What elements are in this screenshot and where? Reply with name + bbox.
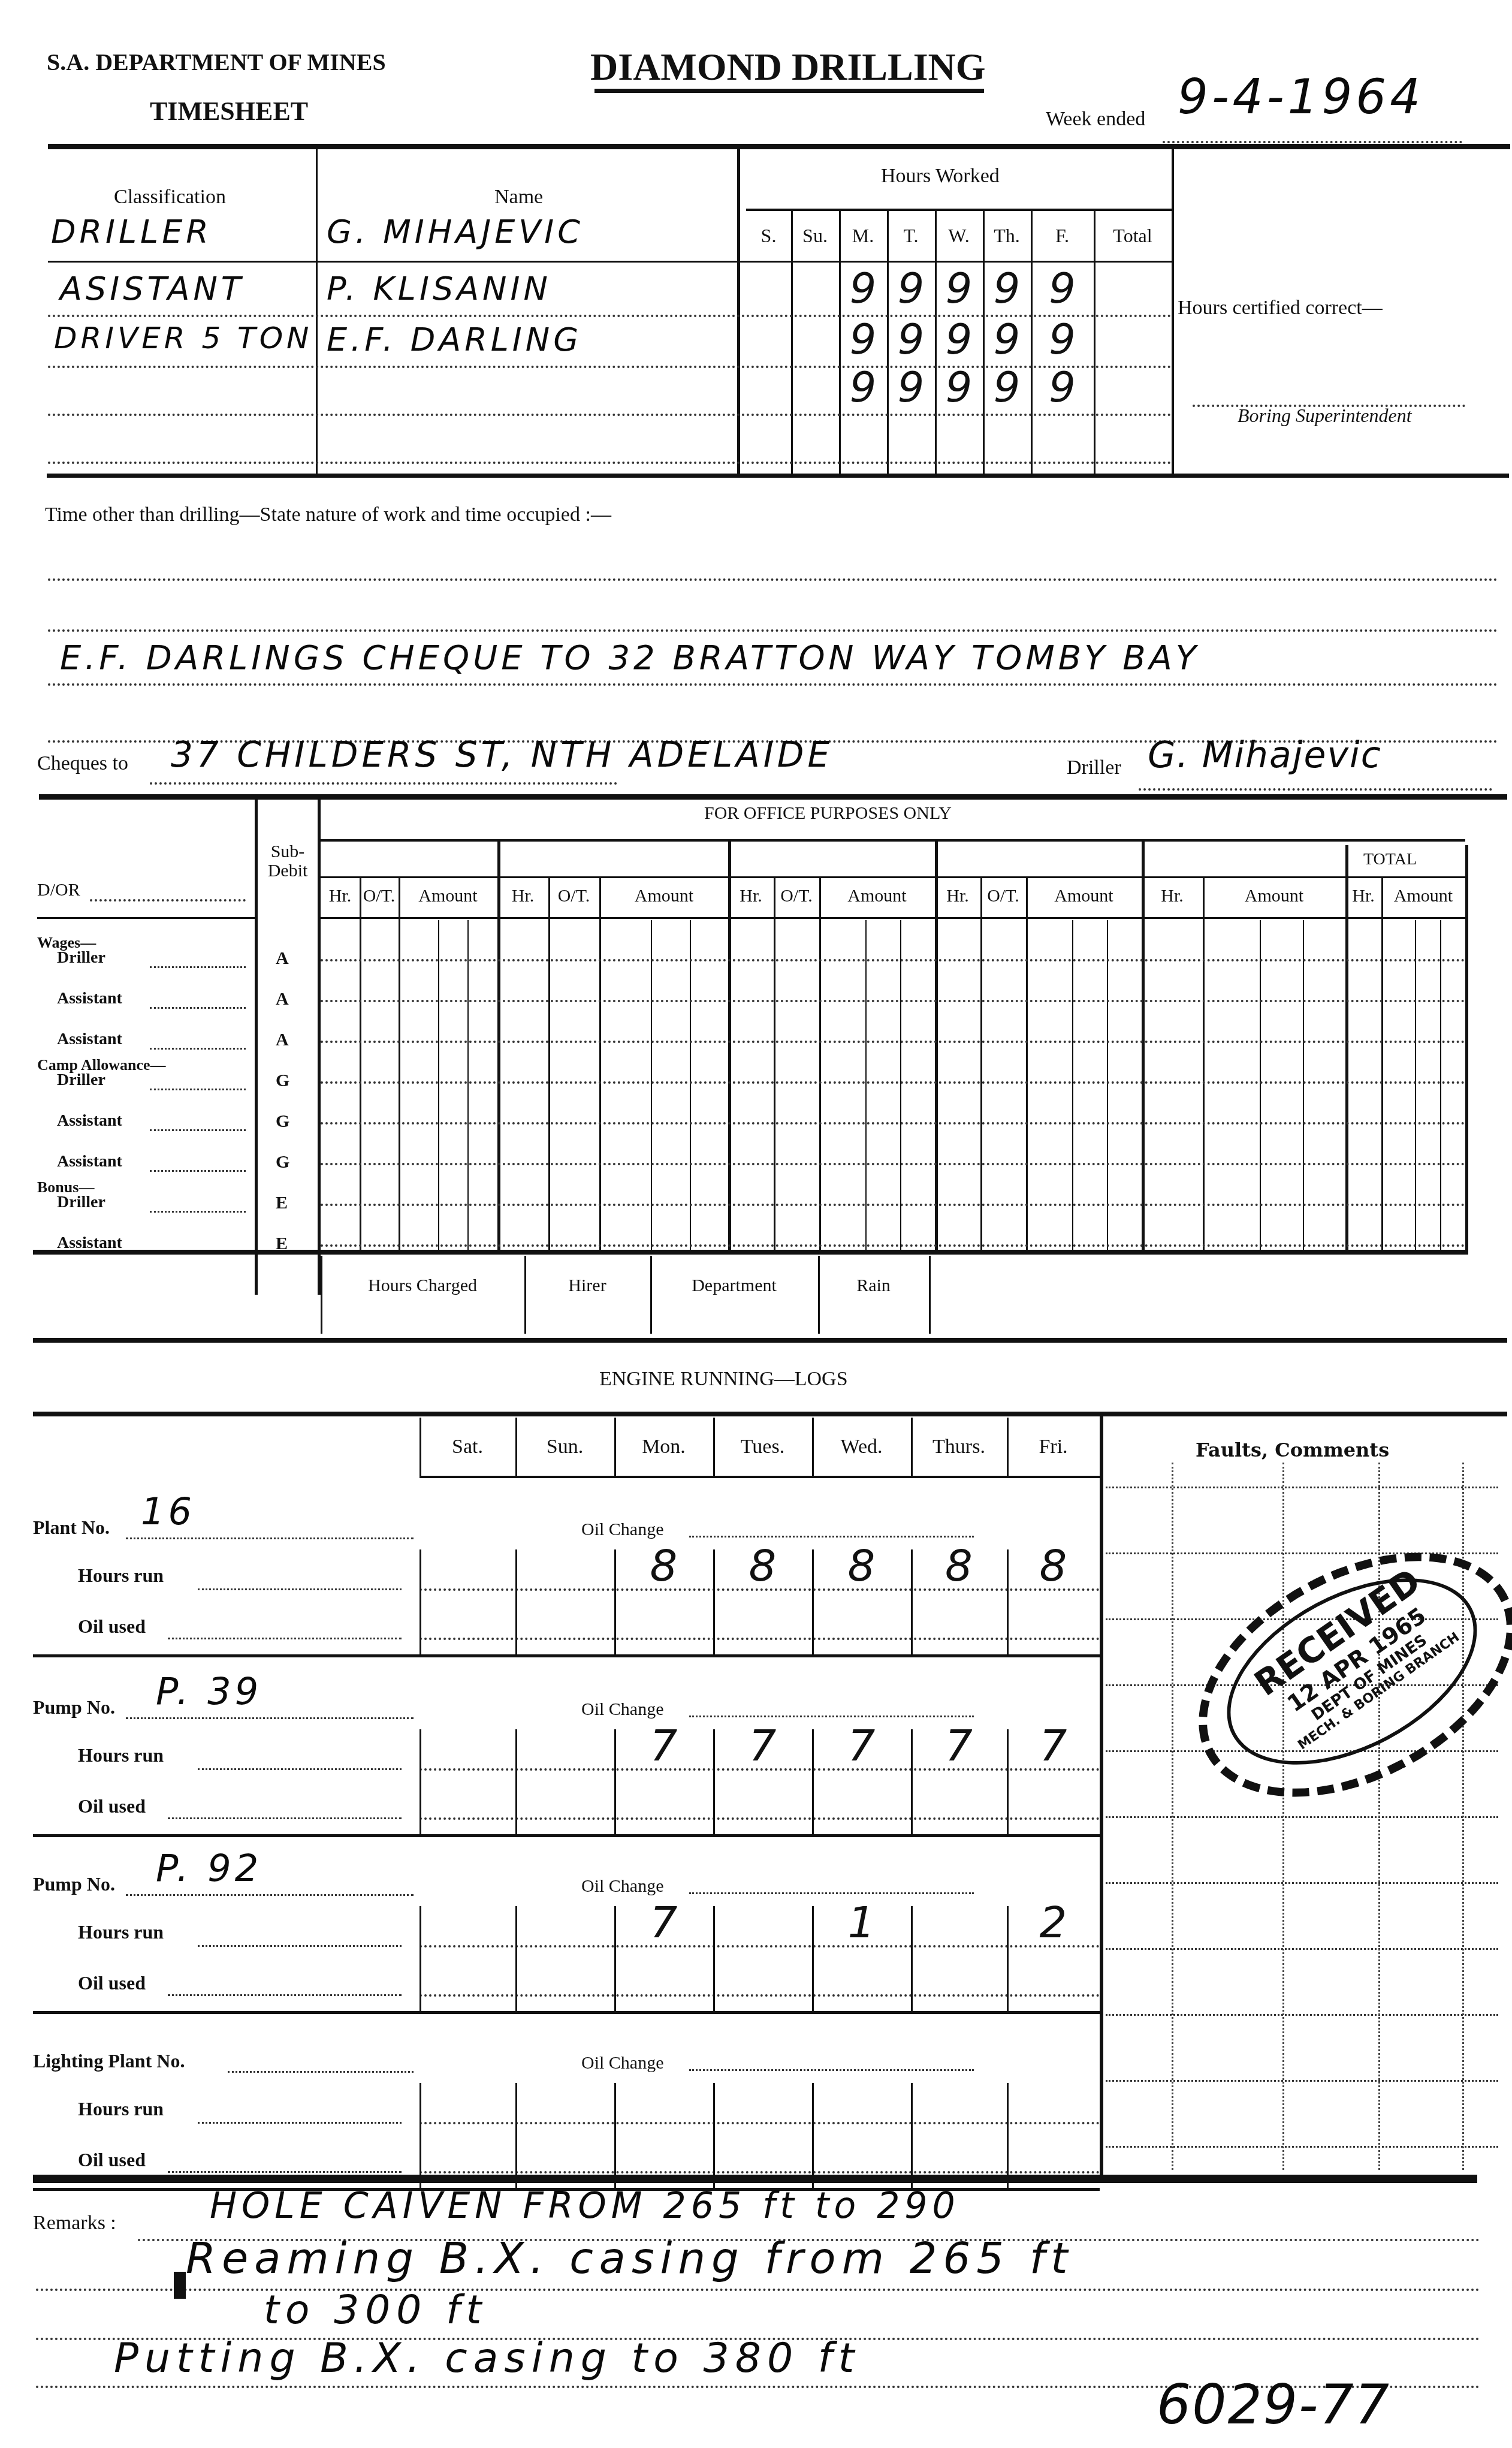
office-col-divider <box>980 878 982 1250</box>
remarks-top-rule <box>33 2175 1477 2183</box>
engine-day-header: Sat. <box>420 1436 515 1458</box>
office-subheader-rule <box>497 917 728 919</box>
office-group-rule <box>728 839 935 842</box>
office-subheader-rule <box>1142 876 1345 878</box>
header-rule <box>48 144 1510 149</box>
title-underline <box>594 89 984 93</box>
oil-used-label: Oil used <box>78 1615 146 1638</box>
office-col-divider <box>774 878 775 1250</box>
office-col-header: Hr. <box>1142 886 1203 906</box>
crew-classification-2[interactable]: ASISTANT <box>60 270 245 307</box>
office-col-header: O/T. <box>774 886 819 906</box>
day-header-1: Su. <box>791 225 839 247</box>
crew-hours-cell[interactable]: 9 <box>1031 363 1094 412</box>
timesheet-label: TIMESHEET <box>150 96 308 126</box>
week-ended-label: Week ended <box>1046 108 1145 131</box>
row-rule <box>48 261 1172 263</box>
office-subheader-rule <box>321 876 497 878</box>
office-col-divider <box>599 878 601 1250</box>
other-time-note[interactable]: E.F. DARLINGS CHEQUE TO 32 BRATTON WAY T… <box>60 638 1200 677</box>
hours-run-cell[interactable]: 8 <box>911 1540 1007 1591</box>
office-group-rule <box>1345 839 1465 842</box>
day-header-2: M. <box>839 225 887 247</box>
hours-run-cell[interactable]: 8 <box>1007 1540 1100 1591</box>
crew-divider <box>737 147 740 474</box>
crew-hours-cell[interactable]: 9 <box>887 264 935 313</box>
remarks-label: Remarks : <box>33 2212 116 2235</box>
cheques-to-label: Cheques to <box>37 752 128 775</box>
office-row-label: Assistant <box>57 1030 122 1049</box>
office-col-divider <box>360 878 361 1250</box>
hours-run-cell[interactable]: 7 <box>911 1720 1007 1771</box>
charged-col-label: Hours Charged <box>321 1276 524 1296</box>
office-col-header: Hr. <box>1345 886 1381 906</box>
office-subheader-rule <box>728 876 935 878</box>
office-row-label: Assistant <box>57 989 122 1008</box>
office-subheader-rule <box>935 876 1142 878</box>
engine-unit-number[interactable]: P. 92 <box>156 1846 262 1890</box>
office-col-divider <box>1203 878 1205 1250</box>
engine-unit-label: Pump No. <box>33 1873 115 1895</box>
crew-hours-cell[interactable]: 9 <box>935 315 983 364</box>
office-top-rule <box>39 794 1507 800</box>
hours-run-label: Hours run <box>78 1564 164 1587</box>
sub-debit-label: Sub-Debit <box>264 842 312 881</box>
office-row-label: Assistant <box>57 1111 122 1130</box>
crew-divider <box>1172 147 1174 474</box>
office-group-rule <box>935 839 1142 842</box>
crew-name-2[interactable]: P. KLISANIN <box>327 270 551 307</box>
oil-used-label: Oil used <box>78 1972 146 1994</box>
engine-day-header: Tues. <box>713 1436 812 1458</box>
office-row-code: E <box>276 1193 288 1213</box>
office-col-header: Amount <box>599 886 729 906</box>
hours-certified-label: Hours certified correct— <box>1178 297 1383 319</box>
office-group-rule <box>321 839 497 842</box>
office-col-header: O/T. <box>548 886 599 906</box>
engine-day-header: Thurs. <box>911 1436 1007 1458</box>
office-subheader-rule <box>935 917 1142 919</box>
crew-hours-cell[interactable]: 9 <box>983 264 1031 313</box>
hours-worked-header: Hours Worked <box>881 165 1000 188</box>
crew-hours-cell[interactable]: 9 <box>839 315 887 364</box>
crew-hours-cell[interactable]: 9 <box>1031 315 1094 364</box>
remark-line-1[interactable]: HOLE CAIVEN FROM 265 ft to 290 <box>210 2185 960 2227</box>
oil-change-label: Oil Change <box>581 1520 663 1540</box>
engine-top-rule <box>33 1338 1507 1343</box>
boring-superintendent-label: Boring Superintendent <box>1238 405 1412 427</box>
hours-run-cell[interactable]: 7 <box>812 1720 911 1771</box>
office-col-divider <box>1026 878 1028 1250</box>
engine-unit-label: Lighting Plant No. <box>33 2050 185 2072</box>
crew-hours-cell[interactable]: 9 <box>887 363 935 412</box>
office-col-header: Amount <box>1203 886 1345 906</box>
dor-label: D/OR <box>37 880 80 900</box>
oil-used-label: Oil used <box>78 1795 146 1817</box>
hours-run-label: Hours run <box>78 1744 164 1766</box>
crew-hours-cell[interactable]: 9 <box>935 264 983 313</box>
hours-run-label: Hours run <box>78 2098 164 2120</box>
office-total-label: TOTAL <box>1363 850 1417 869</box>
week-ended-line <box>1163 141 1462 143</box>
office-subheader-rule <box>1345 876 1465 878</box>
office-subheader-rule <box>728 917 935 919</box>
office-col-header: Amount <box>819 886 935 906</box>
crew-classification-3[interactable]: DRIVER 5 TON <box>54 321 312 355</box>
classification-header: Classification <box>114 186 226 209</box>
office-row-label: Driller <box>57 948 105 967</box>
office-col-header: Amount <box>1026 886 1142 906</box>
office-row-code: G <box>276 1152 289 1172</box>
day-header-0: S. <box>746 225 791 247</box>
oil-change-label: Oil Change <box>581 1876 663 1897</box>
office-row-label: Assistant <box>57 1152 122 1171</box>
engine-day-header: Mon. <box>614 1436 713 1458</box>
office-row-code: A <box>276 1030 289 1050</box>
oil-used-label: Oil used <box>78 2149 146 2171</box>
crew-hours-cell[interactable]: 9 <box>935 363 983 412</box>
office-col-header: Hr. <box>497 886 548 906</box>
office-group-rule <box>497 839 728 842</box>
crew-name-1[interactable]: G. MIHAJEVIC <box>327 213 584 251</box>
office-row-code: G <box>276 1071 289 1091</box>
remark-line-2[interactable]: Reaming B.X. casing from 265 ft <box>186 2233 1074 2283</box>
crew-hours-cell[interactable]: 9 <box>1031 264 1094 313</box>
office-subheader-rule <box>497 876 728 878</box>
oil-change-label: Oil Change <box>581 1699 663 1720</box>
crew-hours-cell[interactable]: 9 <box>983 363 1031 412</box>
driller-signature[interactable]: G. Mihajevic <box>1148 734 1382 776</box>
office-col-divider <box>548 878 550 1250</box>
name-header: Name <box>494 186 543 209</box>
office-col-header: Hr. <box>321 886 360 906</box>
engine-unit-label: Pump No. <box>33 1696 115 1719</box>
office-col-divider <box>819 878 821 1250</box>
engine-unit-number[interactable]: 16 <box>141 1490 195 1533</box>
hours-run-cell[interactable]: 8 <box>614 1540 713 1591</box>
office-title: FOR OFFICE PURPOSES ONLY <box>704 803 952 824</box>
driller-label: Driller <box>1067 756 1121 779</box>
hours-run-cell[interactable]: 8 <box>812 1540 911 1591</box>
engine-day-header: Fri. <box>1007 1436 1100 1458</box>
office-bottom-rule <box>33 1250 1468 1255</box>
faults-comments-label: Faults, Comments <box>1196 1439 1389 1461</box>
engine-unit-number[interactable]: P. 39 <box>156 1669 262 1713</box>
hours-run-cell[interactable]: 7 <box>1007 1720 1100 1771</box>
day-header-7: Total <box>1094 225 1172 247</box>
day-header-5: Th. <box>983 225 1031 247</box>
crew-divider <box>316 147 318 474</box>
office-group-rule <box>1142 839 1345 842</box>
hours-run-label: Hours run <box>78 1921 164 1943</box>
remark-line-3[interactable]: to 300 ft <box>264 2287 487 2333</box>
office-col-header: Amount <box>399 886 497 906</box>
remark-line-4[interactable]: Putting B.X. casing to 380 ft <box>114 2335 860 2382</box>
office-row-code: G <box>276 1111 289 1132</box>
crew-hours-cell[interactable]: 9 <box>887 315 935 364</box>
office-col-divider <box>1381 878 1383 1250</box>
office-col-header: O/T. <box>360 886 399 906</box>
office-row-code: A <box>276 989 289 1009</box>
crew-hours-cell[interactable]: 9 <box>983 315 1031 364</box>
office-row-label: Driller <box>57 1193 105 1212</box>
day-header-4: W. <box>935 225 983 247</box>
office-row-code: A <box>276 948 289 969</box>
office-col-divider <box>399 878 400 1250</box>
office-row-label: Driller <box>57 1071 105 1090</box>
day-header-3: T. <box>887 225 935 247</box>
reference-number: 6029-77 <box>1157 2374 1390 2437</box>
crew-hours-cell[interactable]: 9 <box>839 363 887 412</box>
hours-run-cell[interactable]: 2 <box>1007 1897 1100 1947</box>
office-col-header: O/T. <box>980 886 1026 906</box>
crew-classification-1[interactable]: DRILLER <box>51 213 212 251</box>
remarks-marker-icon <box>174 2272 186 2299</box>
day-header-6: F. <box>1031 225 1094 247</box>
cheques-to-value[interactable]: 37 CHILDERS ST, NTH ADELAIDE <box>171 734 833 775</box>
office-subheader-rule <box>321 917 497 919</box>
days-header-rule <box>746 209 1172 211</box>
day-col-divider <box>1094 210 1095 474</box>
engine-day-header: Wed. <box>812 1436 911 1458</box>
hours-run-cell[interactable]: 7 <box>614 1897 713 1947</box>
hours-run-cell[interactable]: 1 <box>812 1897 911 1947</box>
oil-change-label: Oil Change <box>581 2053 663 2073</box>
office-col-header: Hr. <box>728 886 774 906</box>
office-subheader-rule <box>1345 917 1465 919</box>
charged-col-label: Department <box>650 1276 818 1296</box>
hours-run-cell[interactable]: 7 <box>713 1720 812 1771</box>
engine-logs-title: ENGINE RUNNING—LOGS <box>599 1368 848 1391</box>
engine-day-header: Sun. <box>515 1436 614 1458</box>
crew-hours-cell[interactable]: 9 <box>839 264 887 313</box>
office-subheader-rule <box>1142 917 1345 919</box>
day-col-divider <box>791 210 793 474</box>
other-time-label: Time other than drilling—State nature of… <box>45 504 611 526</box>
charged-col-label: Rain <box>818 1276 929 1296</box>
office-col-header: Hr. <box>935 886 980 906</box>
engine-unit-label: Plant No. <box>33 1517 110 1539</box>
hours-run-cell[interactable]: 7 <box>614 1720 713 1771</box>
department-label: S.A. DEPARTMENT OF MINES <box>47 48 386 76</box>
charged-col-label: Hirer <box>524 1276 650 1296</box>
hours-run-cell[interactable]: 8 <box>713 1540 812 1591</box>
office-group-divider <box>1465 845 1468 1252</box>
crew-bottom-rule <box>47 474 1509 478</box>
form-title: DIAMOND DRILLING <box>590 45 986 89</box>
crew-name-3[interactable]: E.F. DARLING <box>327 321 582 358</box>
office-col-header: Amount <box>1381 886 1465 906</box>
week-ended-value[interactable]: 9-4-1964 <box>1178 69 1424 125</box>
